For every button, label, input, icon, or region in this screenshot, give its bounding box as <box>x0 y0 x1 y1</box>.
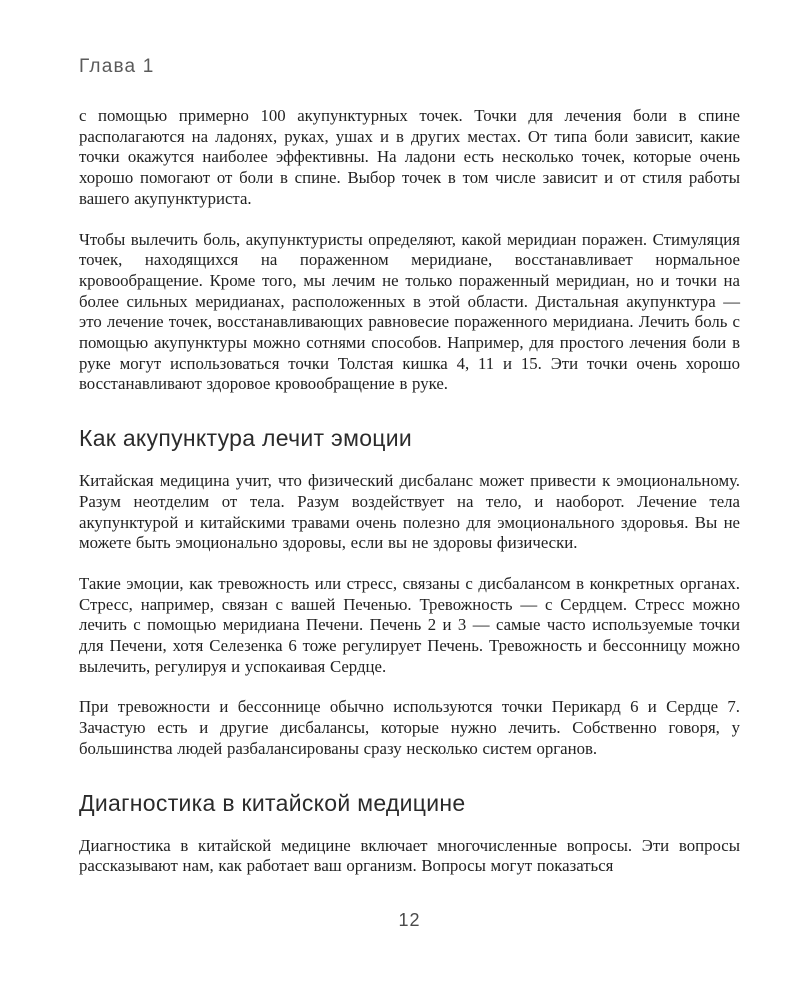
emotions-paragraph-3: При тревожности и бессоннице обычно испо… <box>79 697 740 759</box>
intro-paragraph-1: с помощью примерно 100 акупунктурных точ… <box>79 106 740 210</box>
emotions-paragraph-1: Китайская медицина учит, что физический … <box>79 471 740 554</box>
book-page: Глава 1 с помощью примерно 100 акупункту… <box>0 0 800 1000</box>
emotions-paragraph-2: Такие эмоции, как тревожность или стресс… <box>79 574 740 678</box>
diagnostics-paragraph-1: Диагностика в китайской медицине включае… <box>79 836 740 877</box>
section-heading-diagnostics: Диагностика в китайской медицине <box>79 790 740 817</box>
section-heading-emotions: Как акупунктура лечит эмоции <box>79 425 740 452</box>
page-number: 12 <box>79 910 740 931</box>
text-column: Глава 1 с помощью примерно 100 акупункту… <box>0 0 800 877</box>
chapter-running-head: Глава 1 <box>79 56 740 78</box>
intro-paragraph-2: Чтобы вылечить боль, акупунктуристы опре… <box>79 230 740 396</box>
